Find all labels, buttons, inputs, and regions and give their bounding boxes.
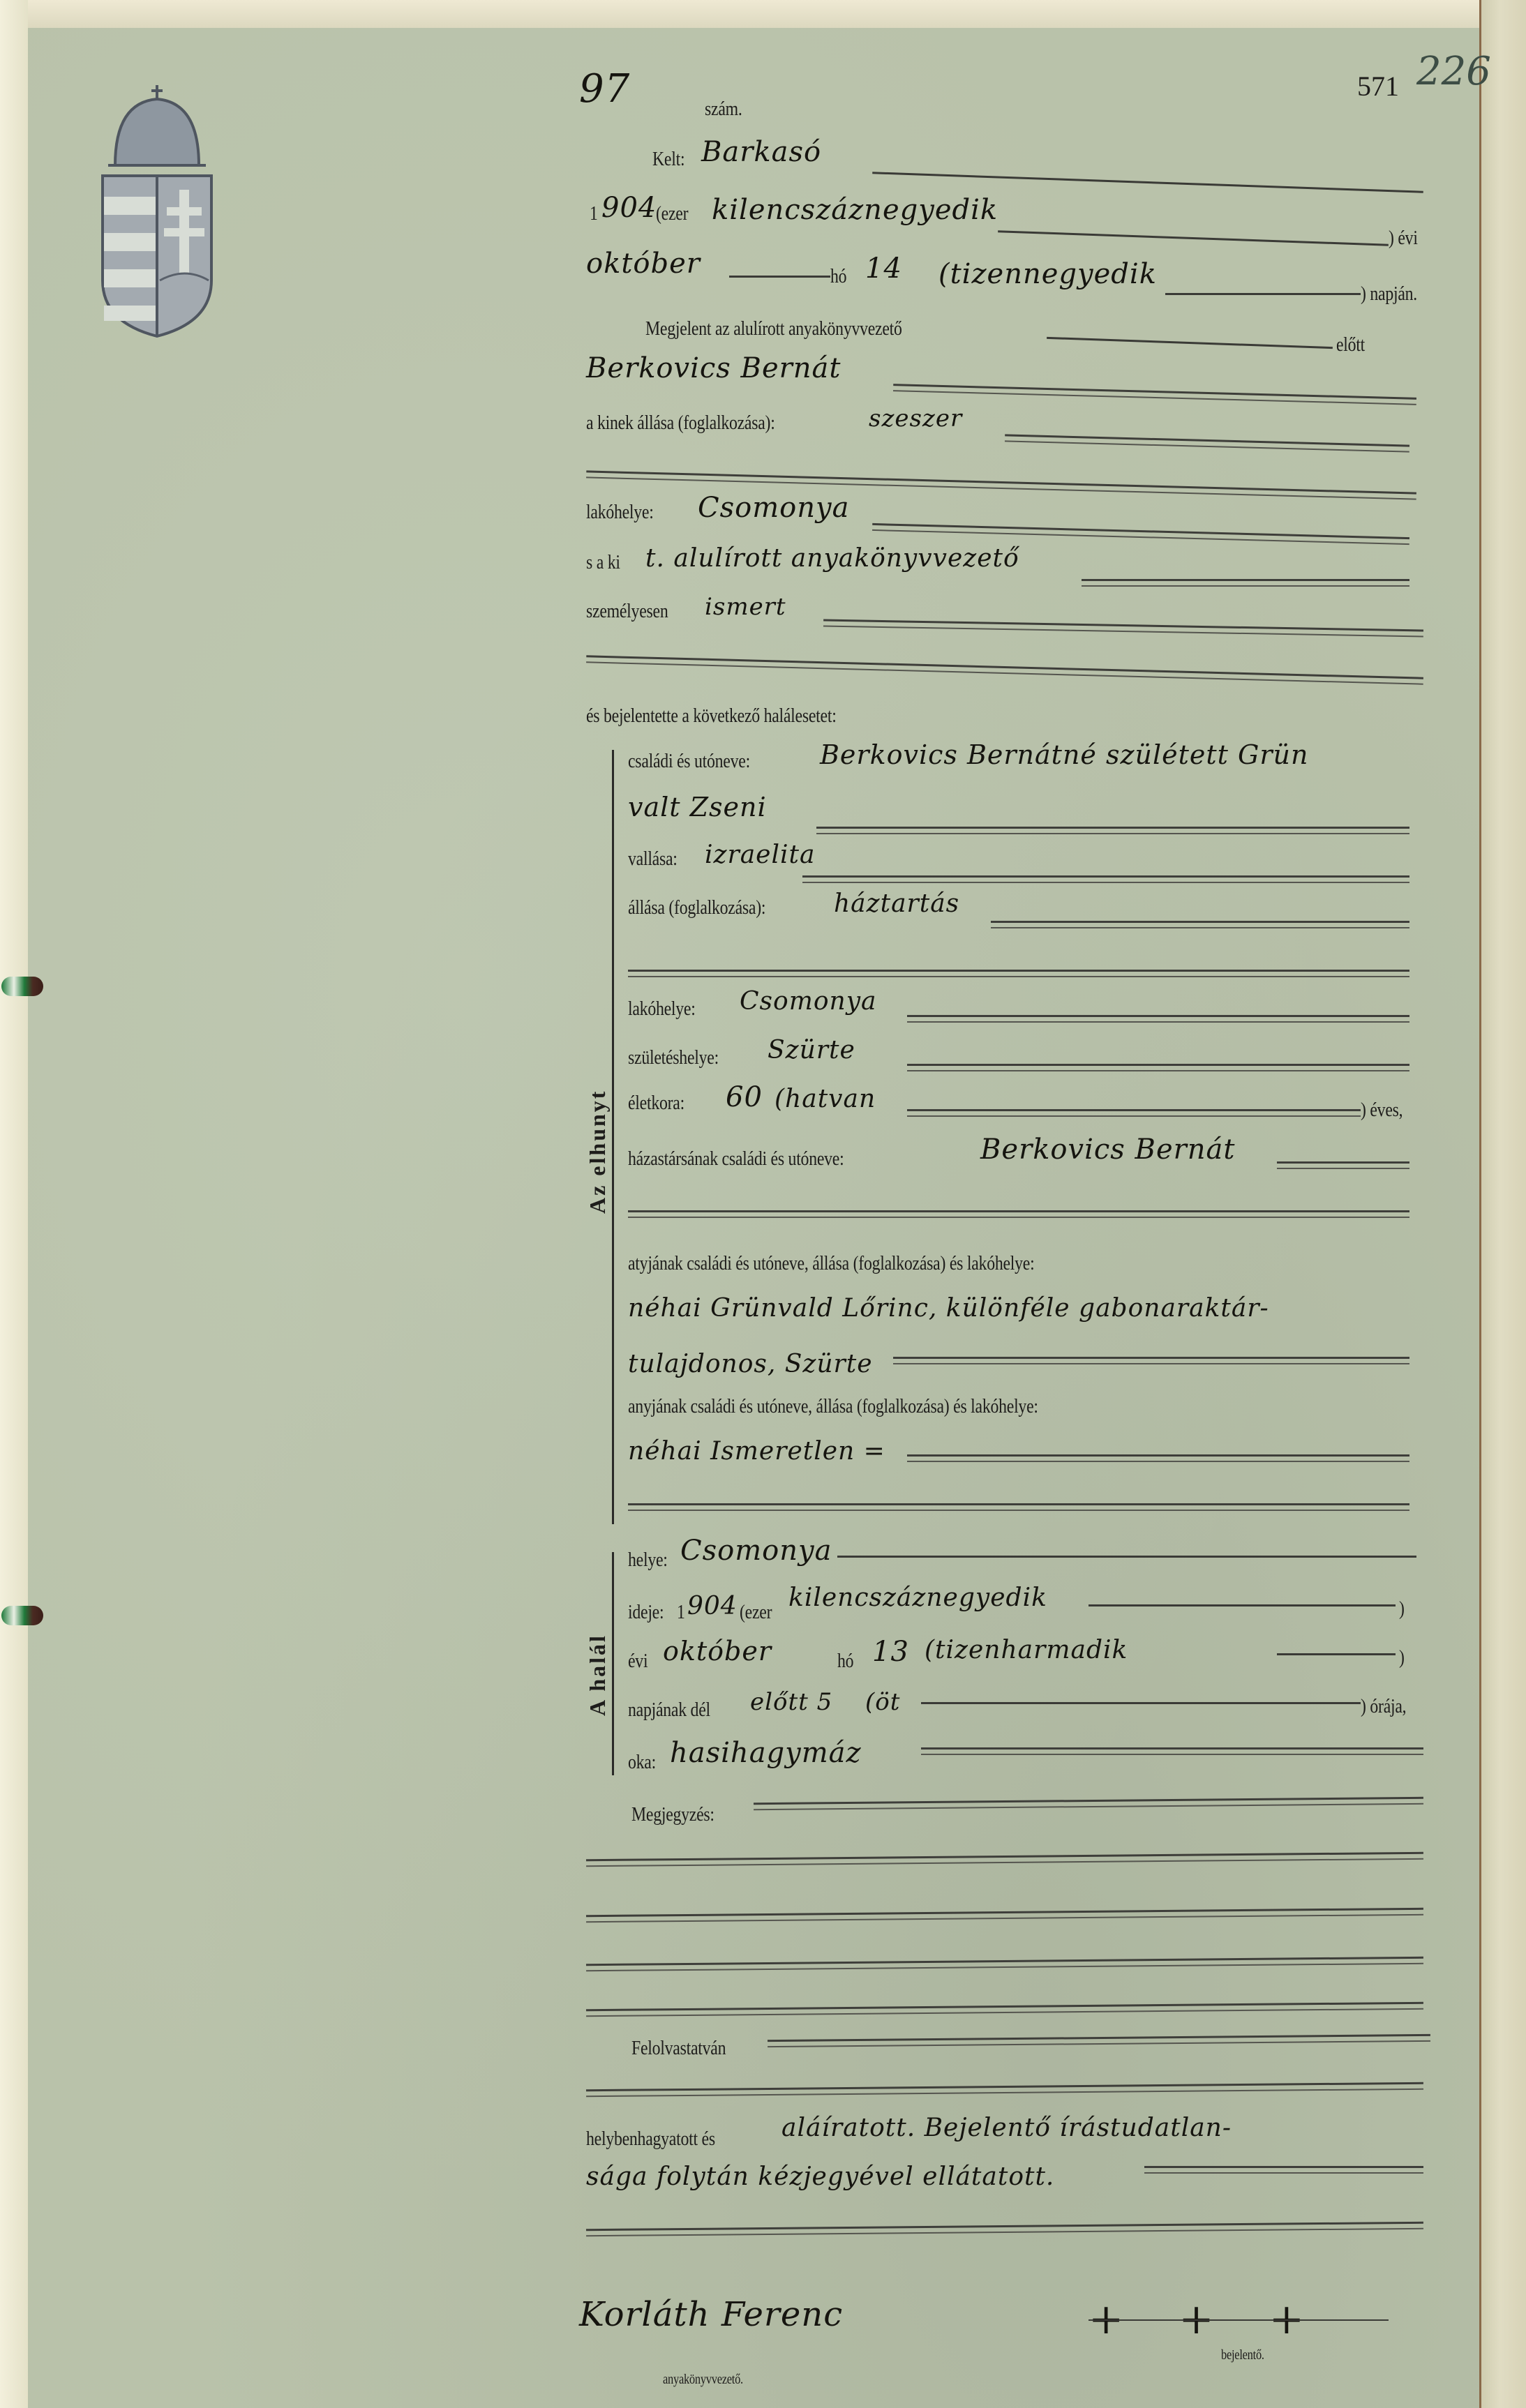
- registrar-caption: anyakönyvvezető.: [663, 2372, 743, 2388]
- rule-line: [837, 1556, 1416, 1558]
- entry-number-label: szám.: [705, 98, 742, 121]
- approved-label: helybenhagyatott és: [586, 2128, 715, 2151]
- death-hour-words: (öt: [865, 1688, 900, 1716]
- kelt-value: Barkasó: [701, 136, 821, 168]
- rule-line: [1144, 2166, 1423, 2174]
- informant-residence-label: lakóhelye:: [586, 501, 654, 524]
- death-date-label: ideje:: [628, 1601, 664, 1624]
- year-prefix: 1: [590, 202, 598, 225]
- page-top-edge: [28, 0, 1526, 28]
- death-year-words: kilencszáznegyedik: [788, 1583, 1047, 1612]
- death-cause-value: hasihagymáz: [670, 1737, 862, 1769]
- mother-label: anyjának családi és utóneve, állása (fog…: [628, 1395, 1038, 1418]
- death-day-suffix: ): [1399, 1646, 1405, 1669]
- year-words: kilencszáznegyedik: [712, 194, 998, 226]
- personally-label: személyesen: [586, 600, 668, 623]
- hungarian-coat-of-arms-icon: [87, 78, 227, 343]
- rule-line: [907, 1064, 1409, 1071]
- informant-occupation-label: a kinek állása (foglalkozása):: [586, 412, 775, 435]
- deceased-name-value: Berkovics Bernátné szülétett Grün: [820, 739, 1308, 770]
- age-suffix: ) éves,: [1361, 1099, 1402, 1122]
- death-year-prefix: 1: [677, 1601, 685, 1624]
- death-hour-value: előtt 5: [750, 1688, 832, 1716]
- rule-line: [1165, 293, 1361, 295]
- rule-line: [729, 276, 830, 278]
- month-value: október: [586, 248, 701, 280]
- mother-value: néhai Ismeretlen =: [628, 1437, 885, 1466]
- approved-value: aláíratott. Bejelentő írástudatlan-: [781, 2114, 1232, 2142]
- rule-line: [1089, 1604, 1396, 1606]
- age-words: (hatvan: [775, 1085, 876, 1113]
- informant-name: Berkovics Bernát: [586, 352, 841, 384]
- rule-line: [907, 1015, 1409, 1023]
- binding-strip: [0, 0, 28, 2408]
- death-hour-suffix: ) órája,: [1361, 1695, 1406, 1718]
- section-bracket: [612, 1552, 614, 1775]
- year-suffix: ) évi: [1389, 227, 1418, 250]
- next-page-edge: [1479, 0, 1526, 2408]
- age-label: életkora:: [628, 1092, 685, 1115]
- informant-caption: bejelentő.: [1221, 2347, 1264, 2363]
- deceased-residence-label: lakóhelye:: [628, 998, 696, 1021]
- rule-line: [921, 1747, 1423, 1755]
- appeared-label: Megjelent az alulírott anyakönyvvezető: [645, 317, 902, 340]
- deceased-occupation-label: állása (foglalkozása):: [628, 896, 765, 919]
- rule-line: [628, 1503, 1409, 1511]
- entry-number: 97: [579, 66, 630, 112]
- father-value-continued: tulajdonos, Szürte: [628, 1350, 873, 1378]
- death-day-value: 13: [872, 1636, 909, 1668]
- religion-value: izraelita: [705, 841, 815, 869]
- binding-thread-icon: [1, 977, 43, 996]
- appeared-suffix: előtt: [1336, 333, 1365, 356]
- handwritten-page-number: 226: [1416, 49, 1491, 94]
- section-bracket: [612, 750, 614, 1524]
- rule-line: [816, 827, 1409, 834]
- birthplace-value: Szürte: [768, 1036, 855, 1064]
- spouse-label: házastársának családi és utóneve:: [628, 1147, 844, 1171]
- death-year-suffix: ): [1399, 1597, 1405, 1620]
- death-evi-label: évi: [628, 1650, 648, 1673]
- spouse-value: Berkovics Bernát: [980, 1134, 1235, 1166]
- deceased-name-value-continued: valt Zseni: [628, 792, 767, 822]
- day-value: 14: [865, 253, 902, 285]
- deceased-residence-value: Csomonya: [740, 987, 877, 1016]
- death-month-label: hó: [837, 1650, 853, 1673]
- death-ezer-label: (ezer: [740, 1601, 772, 1624]
- reported-label: és bejelentette a következő halálesetet:: [586, 705, 837, 728]
- known-value: t. alulírott anyakönyvvezető: [645, 544, 1019, 573]
- remarks-label: Megjegyzés:: [631, 1803, 715, 1826]
- father-value: néhai Grünvald Lőrinc, különféle gabonar…: [628, 1294, 1269, 1323]
- death-place-value: Csomonya: [680, 1535, 832, 1567]
- death-hour-label: napjának dél: [628, 1699, 710, 1722]
- registrar-signature: Korláth Ferenc: [579, 2295, 843, 2334]
- personally-value: ismert: [705, 593, 786, 621]
- informant-occupation-value: szeszer: [869, 405, 962, 432]
- read-label: Felolvastatván: [631, 2037, 726, 2060]
- rule-line: [628, 970, 1409, 977]
- rule-line: [921, 1702, 1361, 1704]
- rule-line: [628, 1210, 1409, 1218]
- rule-line: [893, 1357, 1409, 1364]
- death-day-words: (tizenharmadik: [925, 1636, 1128, 1664]
- printed-page-number: 571: [1357, 70, 1399, 103]
- death-place-label: helye:: [628, 1549, 668, 1572]
- rule-line: [991, 921, 1409, 928]
- month-label: hó: [830, 265, 846, 288]
- death-cause-label: oka:: [628, 1751, 656, 1774]
- day-suffix: ) napján.: [1361, 283, 1417, 306]
- kelt-label: Kelt:: [652, 148, 685, 171]
- death-month-value: október: [663, 1636, 772, 1666]
- year-value: 904: [601, 192, 657, 224]
- rule-line: [907, 1454, 1409, 1462]
- rule-line: [907, 1109, 1361, 1117]
- rule-line: [1082, 579, 1409, 587]
- binding-thread-icon: [1, 1606, 43, 1625]
- approved-value-continued: sága folytán kézjegyével ellátatott.: [586, 2162, 1054, 2191]
- signature-line: [1089, 2319, 1389, 2321]
- day-words: (tizennegyedik: [938, 258, 1157, 290]
- age-value: 60: [726, 1081, 763, 1113]
- rule-line: [1277, 1161, 1409, 1169]
- rule-line: [802, 875, 1409, 883]
- register-page: [28, 28, 1479, 2408]
- ezer-label: (ezer: [656, 202, 688, 225]
- known-label: s a ki: [586, 551, 620, 574]
- informant-residence-value: Csomonya: [698, 492, 849, 524]
- father-label: atyjának családi és utóneve, állása (fog…: [628, 1252, 1034, 1275]
- birthplace-label: születéshelye:: [628, 1046, 719, 1069]
- deceased-section-label: Az elhunyt: [585, 1090, 611, 1214]
- death-section-label: A halál: [585, 1634, 611, 1716]
- religion-label: vallása:: [628, 848, 678, 871]
- deceased-name-label: családi és utóneve:: [628, 750, 750, 773]
- rule-line: [1277, 1653, 1396, 1655]
- deceased-occupation-value: háztartás: [834, 889, 959, 918]
- death-year-value: 904: [687, 1592, 738, 1620]
